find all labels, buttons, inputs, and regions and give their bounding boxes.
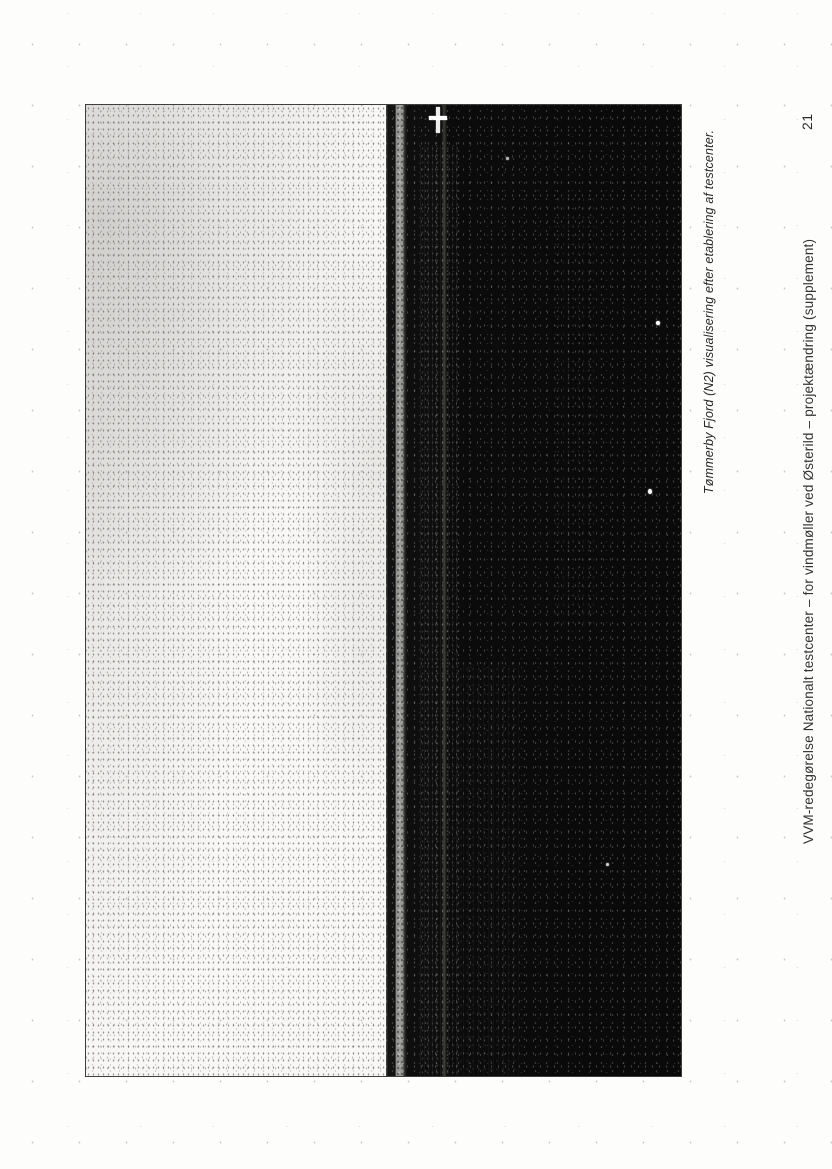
photo-white-speck bbox=[506, 157, 509, 160]
visualization-photo bbox=[85, 104, 682, 1077]
photo-white-speck bbox=[606, 863, 609, 866]
photo-water-band bbox=[396, 105, 404, 1076]
figure-caption: Tømmerby Fjord (N2) visualisering efter … bbox=[702, 130, 717, 494]
photo-white-speck bbox=[648, 489, 652, 494]
scanned-report-page: Tømmerby Fjord (N2) visualisering efter … bbox=[0, 0, 832, 1169]
turbine-tower-icon bbox=[436, 107, 440, 133]
wind-turbine-marker bbox=[429, 107, 449, 135]
photo-sky-region bbox=[86, 105, 386, 1076]
photo-texture-streak bbox=[556, 195, 598, 625]
photo-white-speck bbox=[656, 321, 660, 325]
page-number: 21 bbox=[799, 113, 815, 130]
photo-foreground-reeds bbox=[458, 665, 520, 1076]
photo-foreground-reeds bbox=[420, 145, 458, 1076]
report-footer: VVM-redegørelse Nationalt testcenter – f… bbox=[801, 239, 817, 844]
